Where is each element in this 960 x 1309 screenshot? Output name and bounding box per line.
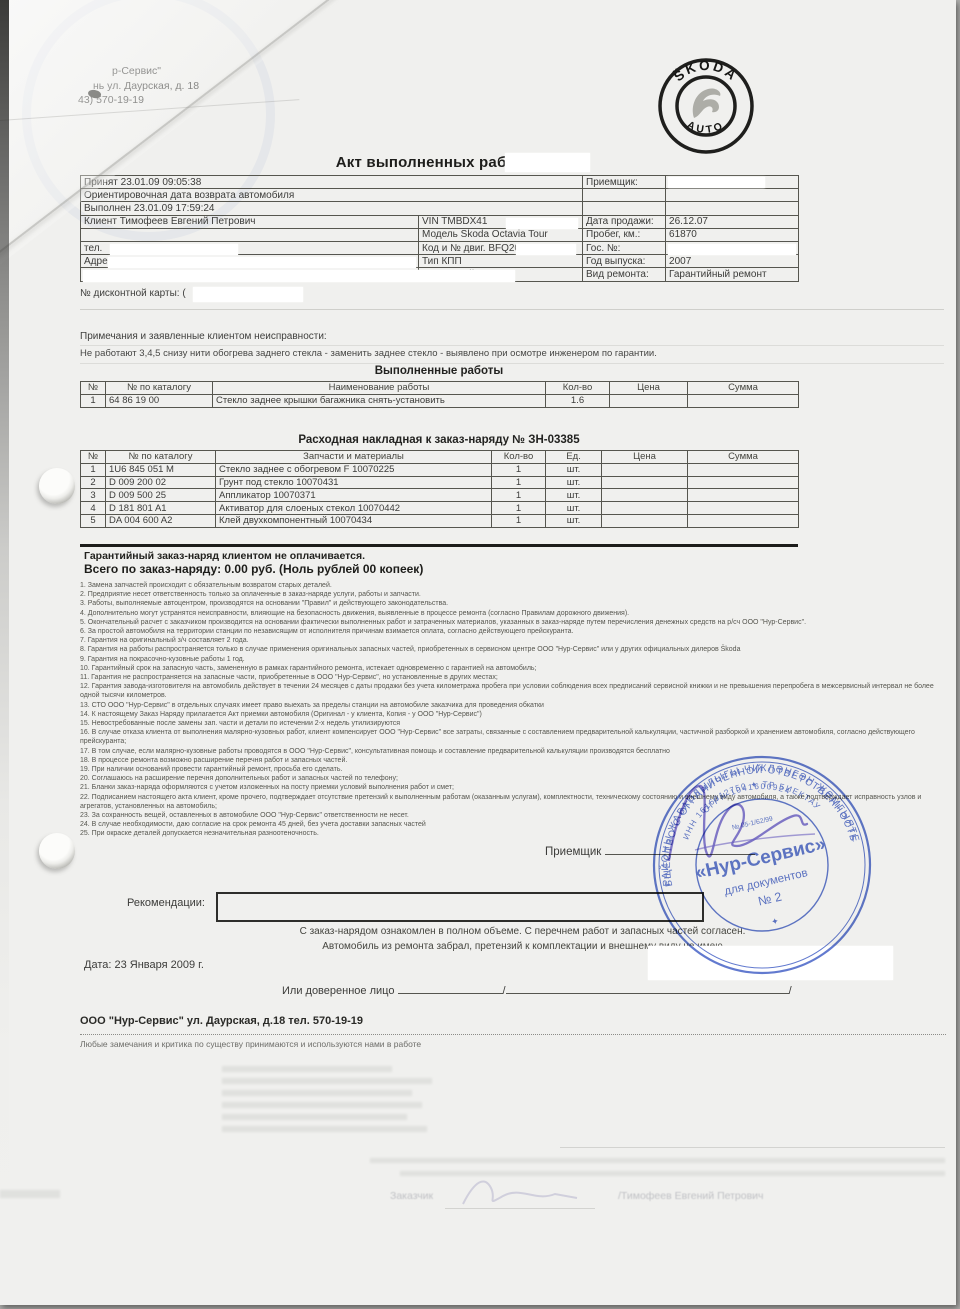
repair-type-value: Гарантийный ремонт — [666, 268, 799, 281]
skoda-logo: ŠKODA AUTO — [656, 56, 756, 156]
notes-text: Не работают 3,4,5 снизу нити обогрева за… — [80, 348, 657, 359]
warranty-notice: Гарантийный заказ-наряд клиентом не опла… — [84, 550, 365, 562]
works-row: 164 86 19 00Стекло заднее крышки багажни… — [81, 394, 799, 407]
terms-item: 4. Дополнительно могут устранятся неиспр… — [80, 609, 936, 618]
bleedthrough-line — [222, 1114, 407, 1120]
company-letterhead: р-Сервис" нь ул. Даурская, д. 18 43) 570… — [78, 64, 199, 108]
svg-text:AUTO: AUTO — [685, 119, 727, 136]
scan-streak — [80, 363, 944, 364]
bleedthrough-line — [370, 1158, 945, 1163]
footer-company-line: ООО "Нур-Сервис" ул. Даурская, д.18 тел.… — [80, 1015, 363, 1027]
works-col-catalog: № по каталогу — [106, 382, 213, 395]
parts-row: 4D 181 801 A1Активатор для слоеных стеко… — [81, 502, 799, 515]
works-table: № № по каталогу Наименование работы Кол-… — [80, 381, 799, 408]
punch-hole — [39, 833, 75, 869]
footer-feedback-line: Любые замечания и критика по существу пр… — [80, 1039, 421, 1049]
svg-text:ŠKODA: ŠKODA — [671, 58, 741, 84]
terms-item: 7. Гарантия на оригинальный з/ч составля… — [80, 636, 936, 645]
order-total: Всего по заказ-наряду: 0.00 руб. (Ноль р… — [84, 562, 423, 576]
redaction-order-number — [505, 153, 590, 172]
recommendations-box — [216, 892, 704, 922]
recommendations-label: Рекомендации: — [127, 897, 205, 909]
sale-date-value: 26.12.07 — [666, 215, 799, 228]
notes-label: Примечания и заявленные клиентом неиспра… — [80, 331, 327, 342]
section-divider — [80, 544, 798, 547]
redaction-discount-card — [193, 287, 303, 302]
terms-item: 3. Работы, выполняемые автоцентром, прои… — [80, 599, 936, 608]
bleedthrough-customer-label: Заказчик — [390, 1190, 433, 1202]
terms-item: 15. Невостребованные после замены зап. ч… — [80, 719, 936, 728]
logo-wing-glyph — [693, 89, 721, 118]
bleedthrough-rule — [560, 1147, 945, 1148]
works-col-qty: Кол-во — [546, 382, 610, 395]
works-col-name: Наименование работы — [213, 382, 546, 395]
parts-col-price: Цена — [602, 451, 688, 464]
parts-col-name: Запчасти и материалы — [216, 451, 492, 464]
client-cell: Клиент Тимофеев Евгений Петрович — [81, 215, 419, 228]
logo-text-top: ŠKODA — [671, 58, 741, 84]
bleedthrough-customer-name: /Тимофеев Евгений Петрович — [618, 1190, 764, 1202]
punch-hole — [39, 468, 75, 504]
terms-item: 5. Окончательный расчет с заказчиком про… — [80, 618, 936, 627]
redaction-address-2 — [83, 270, 515, 282]
return-date-cell: Ориентировочная дата возврата автомобиля — [81, 189, 583, 202]
terms-item: 11. Гарантия не распространяется на запа… — [80, 673, 936, 682]
bleedthrough-line — [222, 1066, 392, 1072]
parts-title: Расходная накладная к заказ-наряду № ЗН-… — [80, 434, 798, 446]
receiver-sign-label: Приемщик — [545, 846, 601, 858]
redaction-phone — [110, 244, 238, 255]
stamp-star-icon: ✦ — [770, 916, 780, 928]
parts-row: 2D 009 200 02Грунт под стекло 10070431 1… — [81, 476, 799, 489]
proxy-underline-1 — [398, 982, 503, 994]
scan-streak — [80, 345, 944, 346]
bleedthrough-signature — [455, 1172, 585, 1212]
mileage-value: 61870 — [666, 228, 799, 241]
bleedthrough-line — [0, 1190, 60, 1198]
works-col-num: № — [81, 382, 106, 395]
parts-col-qty: Кол-во — [492, 451, 546, 464]
document-title: Акт выполненных работ № — [0, 154, 880, 171]
parts-row: 5DA 004 600 A2Клей двухкомпонентный 1007… — [81, 514, 799, 527]
works-title: Выполненные работы — [80, 365, 798, 377]
redaction-receiver — [668, 177, 765, 188]
year-value: 2007 — [666, 255, 799, 268]
parts-col-unit: Ед. — [546, 451, 602, 464]
parts-table: № № по каталогу Запчасти и материалы Кол… — [80, 450, 799, 528]
parts-col-num: № — [81, 451, 106, 464]
bleedthrough-line — [222, 1126, 427, 1132]
terms-item: 9. Гарантия на покрасочно-кузовные работ… — [80, 655, 936, 664]
redaction-engine-no — [516, 244, 576, 255]
footer-dotted-rule — [80, 1034, 946, 1035]
bleedthrough-line — [222, 1102, 422, 1108]
bleedthrough-line — [222, 1090, 412, 1096]
terms-item: 12. Гарантия завода-изготовителя на авто… — [80, 682, 936, 700]
completed-cell: Выполнен 23.01.09 17:59:24 — [81, 202, 583, 215]
gearbox-cell: Тип КПП — [419, 255, 583, 268]
terms-item: 8. Гарантия на работы распространяется т… — [80, 645, 936, 654]
stamp-center-number: № 2 — [757, 890, 783, 909]
works-col-sum: Сумма — [688, 382, 799, 395]
terms-item: 14. К настоящему Заказ Наряду прилагаетс… — [80, 710, 936, 719]
bleedthrough-rule — [445, 1208, 595, 1209]
works-col-price: Цена — [610, 382, 688, 395]
terms-item: 2. Предприятие несет ответственность тол… — [80, 590, 936, 599]
terms-item: 13. СТО ООО "Нур-Сервис" в отдельных слу… — [80, 701, 936, 710]
proxy-label: Или доверенное лицо — [282, 985, 394, 997]
letterhead-line: р-Сервис" — [112, 64, 199, 79]
year-label: Год выпуска: — [583, 255, 666, 268]
parts-col-sum: Сумма — [688, 451, 799, 464]
parts-row: 11U6 845 051 MСтекло заднее с обогревом … — [81, 463, 799, 476]
bleedthrough-line — [222, 1078, 432, 1084]
terms-item: 10. Гарантийный срок на запасную часть, … — [80, 664, 936, 673]
letterhead-line: нь ул. Даурская, д. 18 — [93, 79, 199, 94]
discount-card-line: № дисконтной карты: ( — [80, 288, 186, 299]
redaction-plate — [668, 244, 796, 255]
repair-type-label: Вид ремонта: — [583, 268, 666, 281]
parts-col-catalog: № по каталогу — [106, 451, 216, 464]
date-line: Дата: 23 Января 2009 г. — [84, 959, 204, 971]
receiver-label-cell: Приемщик: — [583, 176, 666, 189]
accepted-cell: Принят 23.01.09 09:05:38 — [81, 176, 583, 189]
model-cell: Модель Skoda Octavia Tour — [419, 228, 583, 241]
terms-item: 1. Замена запчастей происходит с обязате… — [80, 581, 936, 590]
scan-edge-shadow — [0, 0, 9, 1305]
logo-text-bottom: AUTO — [685, 119, 727, 136]
parts-row: 3D 009 500 25Аппликатор 10070371 1шт. — [81, 489, 799, 502]
receiver-signature-ink — [655, 762, 865, 892]
redaction-vin — [506, 218, 578, 229]
sale-date-label: Дата продажи: — [583, 215, 666, 228]
terms-item: 6. За простой автомобиля на территории с… — [80, 627, 936, 636]
scan-streak — [80, 309, 944, 310]
plate-label: Гос. №: — [583, 241, 666, 254]
redaction-address-1 — [108, 257, 416, 268]
mileage-label: Пробег, км.: — [583, 228, 666, 241]
scanned-document: р-Сервис" нь ул. Даурская, д. 18 43) 570… — [0, 0, 956, 1305]
